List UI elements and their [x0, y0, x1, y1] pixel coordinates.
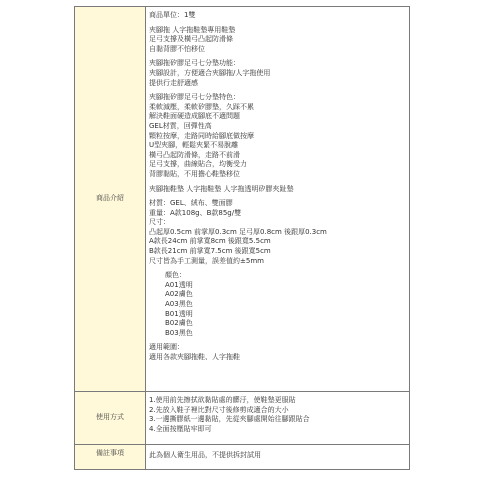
color-option: A02膚色	[149, 290, 407, 300]
content-notes: 此為個人衛生用品，不提供拆封試用	[146, 445, 410, 470]
text-line: 解決鞋面硬造成腳底不適問題	[149, 112, 407, 122]
color-option: A03黑色	[149, 300, 407, 310]
text-line: 適用各款夾腳拖鞋、人字拖鞋	[149, 353, 407, 363]
text-line: 夾腳拖矽膠足弓七分墊特色：	[149, 93, 407, 103]
para-specs: 材質：GEL、絨布、雙面膠 重量：A款108g、B款85g/雙 尺寸： 凸起厚0…	[149, 199, 407, 266]
text-line: 尺寸：	[149, 218, 407, 228]
para-features: 夾腳拖矽膠足弓七分墊特色： 柔軟減壓，柔軟矽膠墊，久踩不累 解決鞋面硬造成腳底不…	[149, 93, 407, 179]
usage-step: 4.全面按壓貼牢即可	[149, 425, 407, 435]
table-row-notes: 備註事項 此為個人衛生用品，不提供拆封試用	[75, 445, 410, 470]
content-usage: 1.使用前先擦拭欲黏貼處的髒汙，使鞋墊更服貼 2.先放入鞋子裡比對尺寸後修剪成適…	[146, 392, 410, 445]
text-line: 此為個人衛生用品，不提供拆封試用	[149, 451, 407, 461]
text-line: 柔軟減壓，柔軟矽膠墊，久踩不累	[149, 103, 407, 113]
text-line: A款長24cm 前掌寬8cm 後跟寬5.5cm	[149, 237, 407, 247]
text-line: 自黏背膠不怕移位	[149, 45, 407, 55]
para-function: 夾腳拖矽膠足弓七分墊功能： 夾腳設計，方便適合夾腳拖/人字拖使用 提供行走舒適感	[149, 59, 407, 88]
text-line: 重量：A款108g、B款85g/雙	[149, 209, 407, 219]
text-line: 足弓支撐及橫弓凸起防滑條	[149, 35, 407, 45]
para-colors: 顏色： A01透明 A02膚色 A03黑色 B01透明 B02膚色 B03黑色	[149, 271, 407, 338]
content-product-intro: 商品單位：1雙 夾腳拖 人字拖鞋墊專用鞋墊 足弓支撐及橫弓凸起防滑條 自黏背膠不…	[146, 7, 410, 392]
product-spec-table: 商品介紹 商品單位：1雙 夾腳拖 人字拖鞋墊專用鞋墊 足弓支撐及橫弓凸起防滑條 …	[74, 6, 410, 470]
table-row-product-intro: 商品介紹 商品單位：1雙 夾腳拖 人字拖鞋墊專用鞋墊 足弓支撐及橫弓凸起防滑條 …	[75, 7, 410, 392]
text-line: 夾腳拖鞋墊 人字拖鞋墊 人字拖透明矽膠夾趾墊	[149, 185, 407, 195]
text-line: 夾腳拖 人字拖鞋墊專用鞋墊	[149, 26, 407, 36]
text-line: 尺寸皆為手工測量，誤差值約±5mm	[149, 257, 407, 267]
text-line: 足弓支撐，曲線貼合，均衡受力	[149, 160, 407, 170]
color-option: A01透明	[149, 281, 407, 291]
para-applicable: 適用範圍： 適用各款夾腳拖鞋、人字拖鞋	[149, 343, 407, 362]
text-line: 背膠黏貼，不用擔心鞋墊移位	[149, 170, 407, 180]
para-unit: 商品單位：1雙	[149, 11, 407, 21]
para-summary: 夾腳拖 人字拖鞋墊專用鞋墊 足弓支撐及橫弓凸起防滑條 自黏背膠不怕移位	[149, 26, 407, 55]
text-line: B款長21cm 前掌寬7.5cm 後跟寬5cm	[149, 247, 407, 257]
text-line: 夾腳設計，方便適合夾腳拖/人字拖使用	[149, 69, 407, 79]
color-option: B02膚色	[149, 319, 407, 329]
usage-step: 3.一邊撕膠紙一邊黏貼，先從夾腳處開始往腳跟貼合	[149, 415, 407, 425]
para-usage-steps: 1.使用前先擦拭欲黏貼處的髒汙，使鞋墊更服貼 2.先放入鞋子裡比對尺寸後修剪成適…	[149, 396, 407, 434]
text-line: 提供行走舒適感	[149, 79, 407, 89]
table-row-usage: 使用方式 1.使用前先擦拭欲黏貼處的髒汙，使鞋墊更服貼 2.先放入鞋子裡比對尺寸…	[75, 392, 410, 445]
usage-step: 1.使用前先擦拭欲黏貼處的髒汙，使鞋墊更服貼	[149, 396, 407, 406]
color-option: B03黑色	[149, 329, 407, 339]
text-line: 顏色：	[149, 271, 407, 281]
label-usage: 使用方式	[75, 392, 146, 445]
text-line: 適用範圍：	[149, 343, 407, 353]
text-line: 顆粒按摩，走路同時給腳底做按摩	[149, 132, 407, 142]
text-line: 夾腳拖矽膠足弓七分墊功能：	[149, 59, 407, 69]
para-keywords: 夾腳拖鞋墊 人字拖鞋墊 人字拖透明矽膠夾趾墊	[149, 185, 407, 195]
color-option: B01透明	[149, 310, 407, 320]
label-product-intro: 商品介紹	[75, 7, 146, 392]
para-notes: 此為個人衛生用品，不提供拆封試用	[149, 451, 407, 461]
label-notes: 備註事項	[75, 445, 146, 470]
text-line: 商品單位：1雙	[149, 11, 407, 21]
usage-step: 2.先放入鞋子裡比對尺寸後修剪成適合的大小	[149, 406, 407, 416]
text-line: 材質：GEL、絨布、雙面膠	[149, 199, 407, 209]
text-line: 橫弓凸起防滑條，走路不前滑	[149, 151, 407, 161]
text-line: U型夾腳，輕鬆夾緊不易脫離	[149, 141, 407, 151]
text-line: GEL材質，回彈性高	[149, 122, 407, 132]
